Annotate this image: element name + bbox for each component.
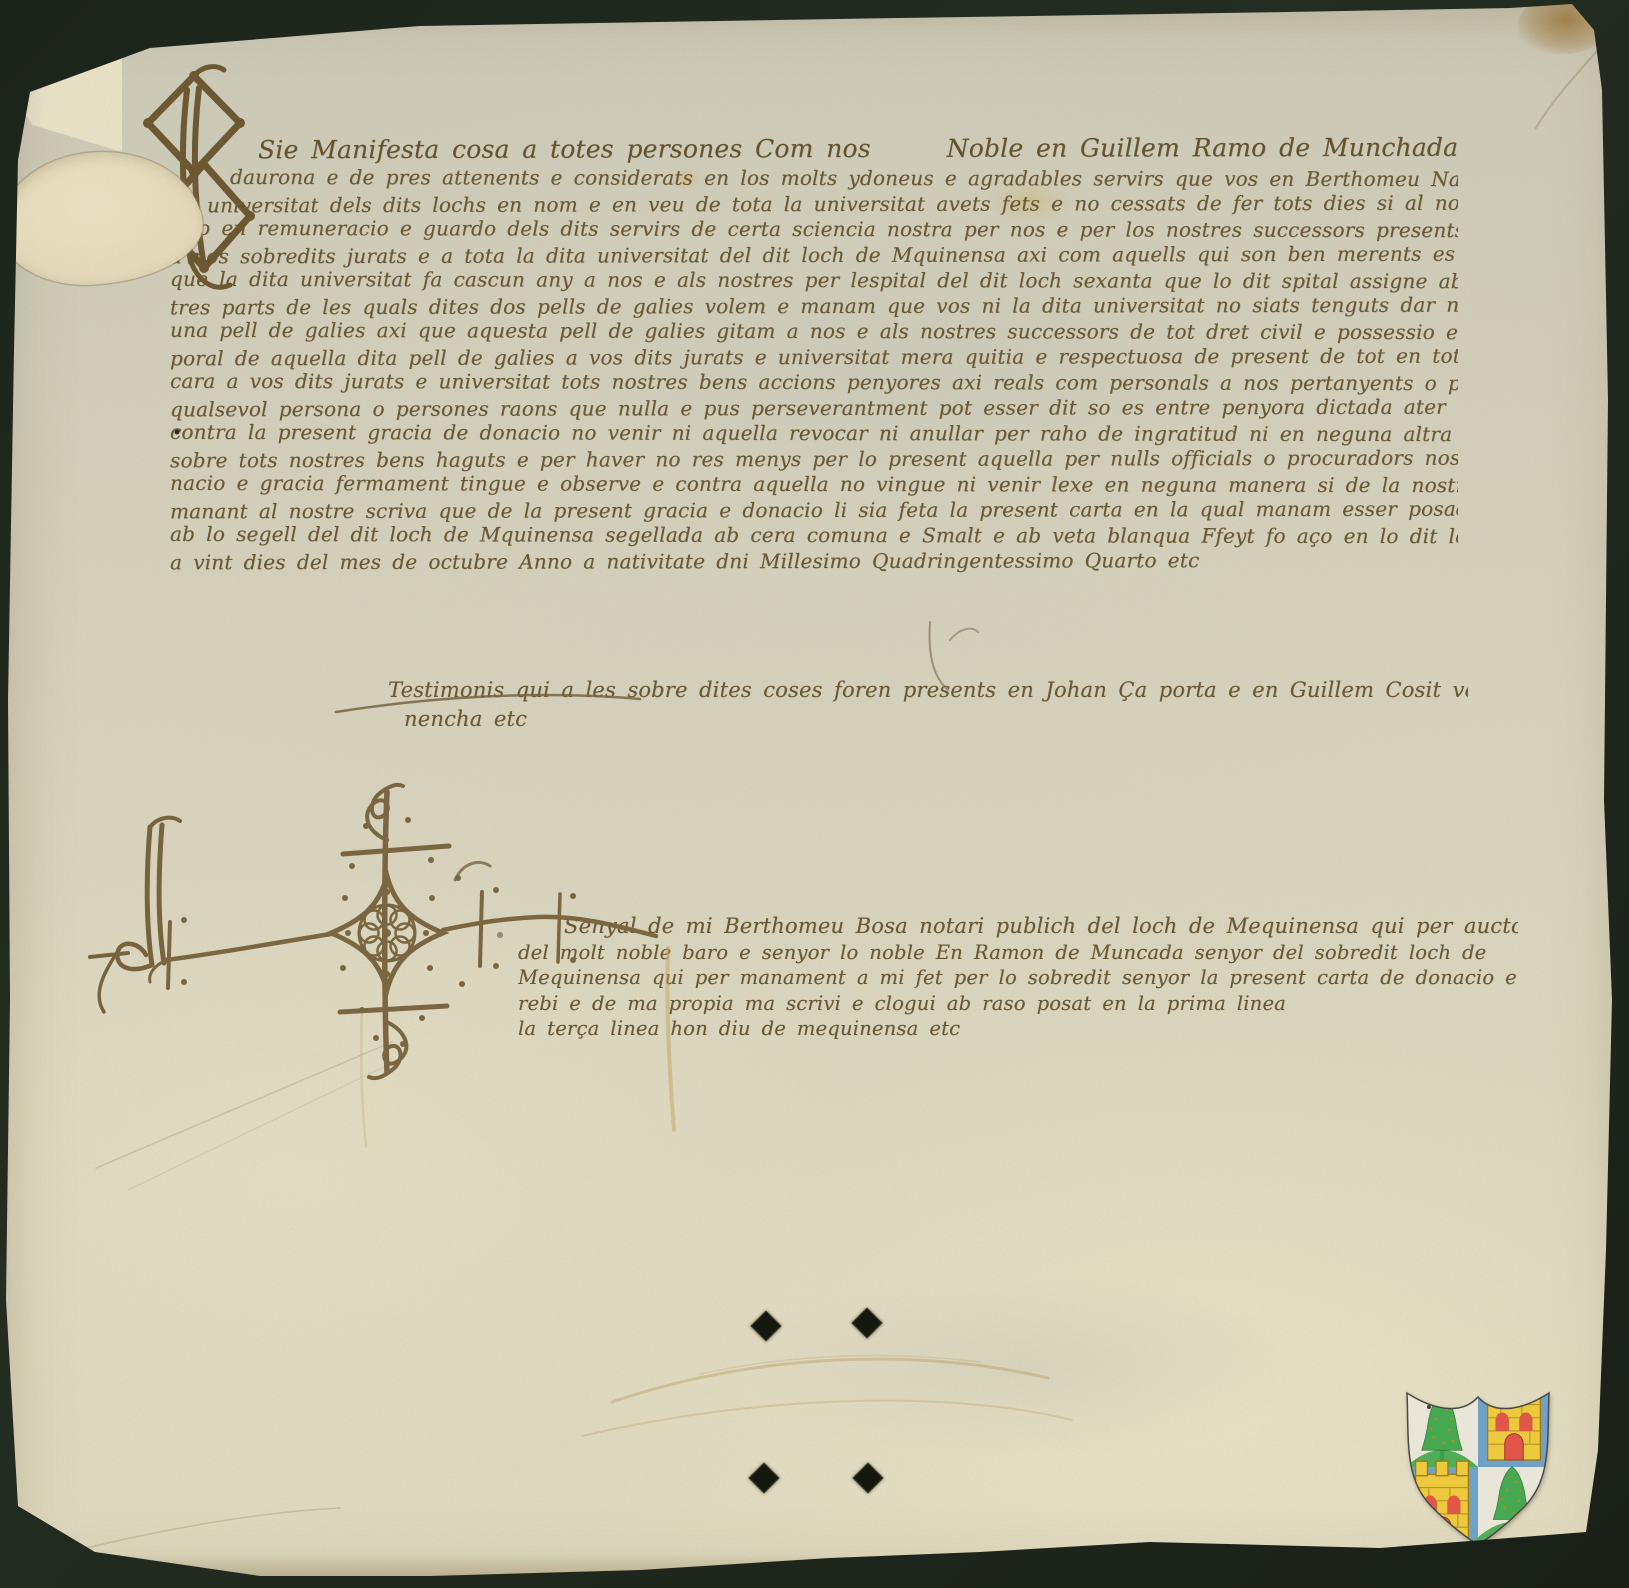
- notarial-sign-cross-icon: [140, 770, 660, 1100]
- parchment: Sie Manifesta cosa a totes persones Com …: [0, 0, 1629, 1588]
- coat-of-arms: [1402, 1375, 1554, 1555]
- scan-backdrop: Sie Manifesta cosa a totes persones Com …: [0, 0, 1629, 1588]
